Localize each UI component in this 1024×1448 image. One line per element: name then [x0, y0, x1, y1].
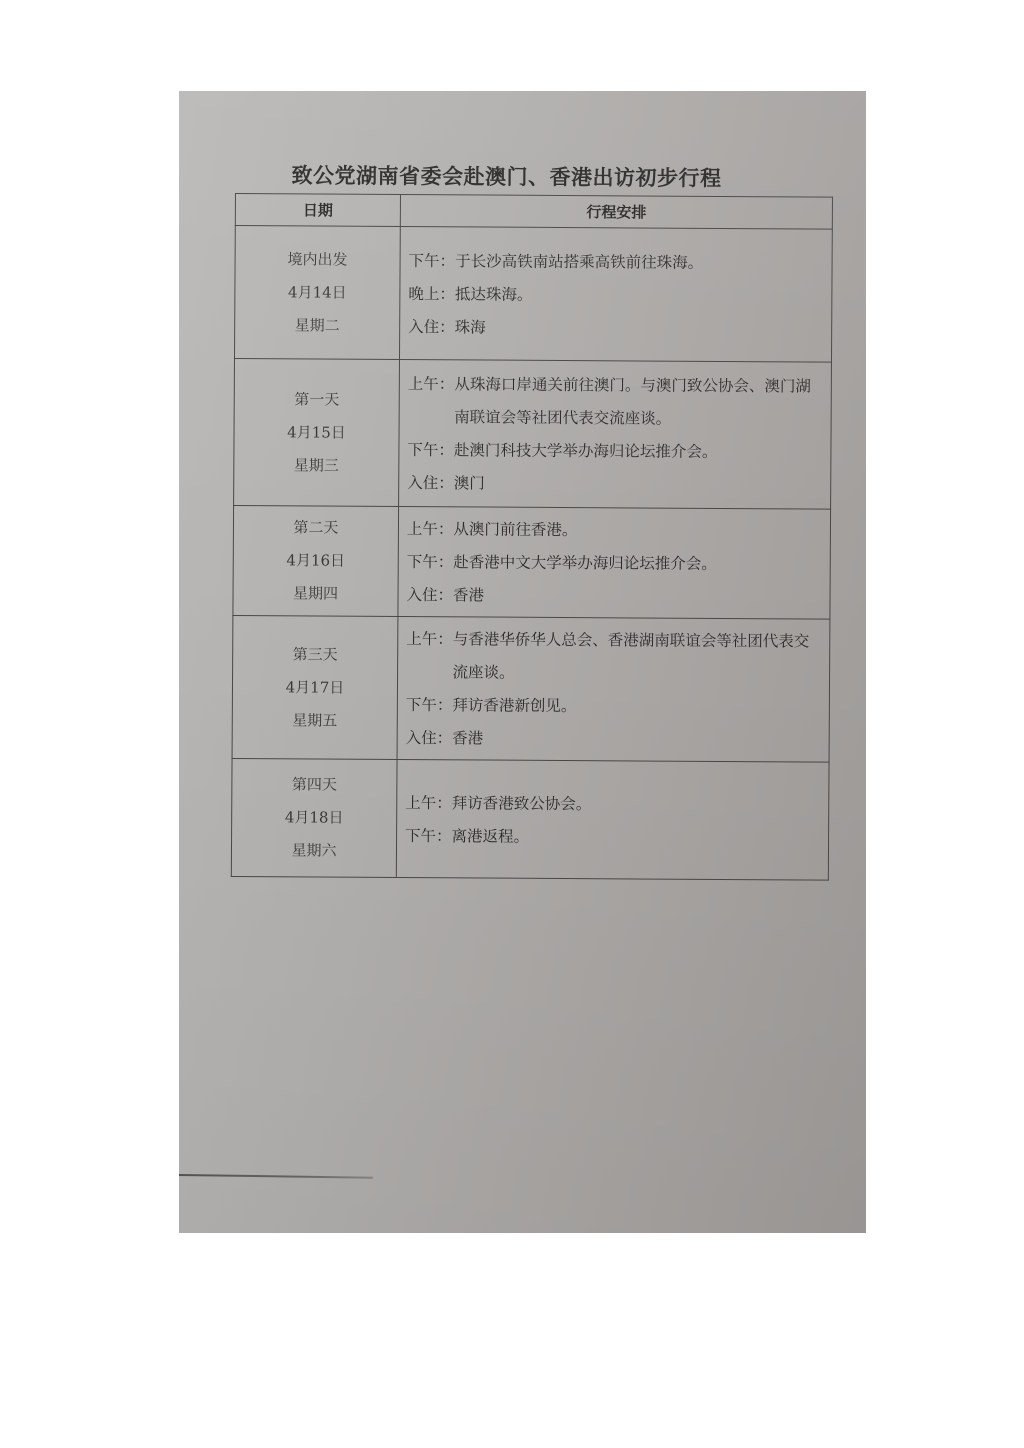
day-label: 第一天 — [235, 383, 399, 417]
plan-item-label: 入住： — [406, 579, 453, 612]
weekday-label: 星期四 — [233, 577, 397, 611]
plan-item-label: 下午： — [407, 546, 454, 579]
plan-item-text: 拜访香港致公协会。 — [452, 787, 823, 822]
plan-item: 上午： 拜访香港致公协会。 — [405, 787, 822, 823]
plan-item-label: 上午： — [407, 513, 454, 546]
plan-cell: 上午： 拜访香港致公协会。 下午： 离港返程。 — [396, 760, 829, 881]
document-title: 致公党湖南省委会赴澳门、香港出访初步行程 — [179, 159, 850, 194]
plan-item-label: 下午： — [408, 245, 455, 278]
plan-item: 下午： 离港返程。 — [405, 820, 822, 856]
date-label: 4月17日 — [233, 670, 397, 704]
table-header-row: 日期 行程安排 — [235, 194, 832, 230]
date-cell: 第二天 4月16日 星期四 — [233, 505, 399, 616]
plan-item-label: 下午： — [406, 689, 453, 722]
plan-item-label: 下午： — [405, 820, 452, 853]
weekday-label: 星期五 — [233, 703, 397, 737]
plan-item-label: 上午： — [405, 787, 452, 820]
plan-item-text: 珠海 — [455, 311, 826, 346]
plan-item-text: 从澳门前往香港。 — [453, 513, 824, 548]
plan-item-text: 与香港华侨华人总会、香港湖南联谊会等社团代表交流座谈。 — [452, 623, 823, 691]
day-label: 第三天 — [233, 637, 397, 671]
weekday-label: 星期六 — [232, 834, 396, 868]
table-row: 第一天 4月15日 星期三 上午： 从珠海口岸通关前往澳门。与澳门致公协会、澳门… — [234, 358, 832, 509]
day-label: 境内出发 — [235, 243, 399, 277]
plan-item: 上午： 与香港华侨华人总会、香港湖南联谊会等社团代表交流座谈。 — [406, 623, 823, 692]
plan-item: 入住： 香港 — [406, 722, 823, 758]
date-label: 4月18日 — [232, 801, 396, 835]
date-cell: 第三天 4月17日 星期五 — [232, 615, 398, 759]
plan-cell: 上午： 与香港华侨华人总会、香港湖南联谊会等社团代表交流座谈。 下午： 拜访香港… — [397, 617, 830, 763]
plan-item-text: 香港 — [453, 579, 824, 614]
plan-cell: 上午： 从澳门前往香港。 下午： 赴香港中文大学举办海归论坛推介会。 入住： 香… — [398, 507, 831, 620]
plan-item-label: 上午： — [406, 623, 453, 689]
plan-item: 入住： 澳门 — [407, 467, 824, 503]
plan-item-text: 于长沙高铁南站搭乘高铁前往珠海。 — [455, 245, 826, 280]
plan-item-text: 从珠海口岸通关前往澳门。与澳门致公协会、澳门湖南联谊会等社团代表交流座谈。 — [454, 368, 825, 436]
date-cell: 第一天 4月15日 星期三 — [234, 358, 400, 506]
date-label: 4月16日 — [234, 544, 398, 578]
plan-item-label: 下午： — [407, 434, 454, 467]
day-label: 第二天 — [234, 511, 398, 545]
plan-item-label: 入住： — [408, 311, 455, 344]
table-row: 境内出发 4月14日 星期二 下午： 于长沙高铁南站搭乘高铁前往珠海。 晚上： … — [234, 226, 832, 363]
weekday-label: 星期二 — [235, 309, 399, 343]
plan-item: 下午： 赴香港中文大学举办海归论坛推介会。 — [407, 546, 824, 582]
plan-item-text: 赴澳门科技大学举办海归论坛推介会。 — [454, 434, 825, 469]
plan-item: 入住： 香港 — [406, 579, 823, 615]
plan-item: 上午： 从澳门前往香港。 — [407, 513, 824, 549]
date-label: 4月15日 — [234, 416, 398, 450]
itinerary-table: 日期 行程安排 境内出发 4月14日 星期二 下午： 于长沙高铁南站搭乘高铁前往… — [231, 193, 833, 881]
plan-item: 晚上： 抵达珠海。 — [408, 278, 825, 314]
date-cell: 第四天 4月18日 星期六 — [231, 758, 397, 877]
plan-cell: 下午： 于长沙高铁南站搭乘高铁前往珠海。 晚上： 抵达珠海。 入住： 珠海 — [399, 227, 832, 363]
weekday-label: 星期三 — [234, 449, 398, 483]
plan-item: 下午： 赴澳门科技大学举办海归论坛推介会。 — [407, 434, 824, 470]
plan-item-text: 抵达珠海。 — [455, 278, 826, 313]
plan-item-label: 上午： — [408, 368, 455, 434]
plan-item: 上午： 从珠海口岸通关前往澳门。与澳门致公协会、澳门湖南联谊会等社团代表交流座谈… — [408, 368, 825, 437]
plan-item-text: 离港返程。 — [451, 820, 822, 855]
plan-item-text: 香港 — [452, 722, 823, 757]
table-row: 第四天 4月18日 星期六 上午： 拜访香港致公协会。 下午： 离港返程。 — [231, 758, 829, 880]
plan-item: 下午： 于长沙高铁南站搭乘高铁前往珠海。 — [408, 245, 825, 281]
header-plan: 行程安排 — [400, 195, 832, 230]
plan-item-label: 入住： — [407, 467, 454, 500]
header-date: 日期 — [235, 194, 400, 227]
plan-item-text: 拜访香港新创见。 — [452, 689, 823, 724]
table-row: 第三天 4月17日 星期五 上午： 与香港华侨华人总会、香港湖南联谊会等社团代表… — [232, 615, 830, 762]
date-label: 4月14日 — [235, 276, 399, 310]
plan-item: 入住： 珠海 — [408, 311, 825, 347]
footnote-divider — [179, 1174, 373, 1178]
day-label: 第四天 — [232, 768, 396, 802]
document-photo: 致公党湖南省委会赴澳门、香港出访初步行程 日期 行程安排 境内出发 4月14日 … — [179, 91, 866, 1233]
plan-item-text: 澳门 — [454, 467, 825, 502]
table-row: 第二天 4月16日 星期四 上午： 从澳门前往香港。 下午： 赴香港中文大学举办… — [233, 505, 831, 619]
plan-item: 下午： 拜访香港新创见。 — [406, 689, 823, 725]
date-cell: 境内出发 4月14日 星期二 — [234, 226, 400, 360]
plan-item-label: 入住： — [406, 722, 453, 755]
plan-cell: 上午： 从珠海口岸通关前往澳门。与澳门致公协会、澳门湖南联谊会等社团代表交流座谈… — [399, 360, 832, 510]
plan-item-label: 晚上： — [408, 278, 455, 311]
plan-item-text: 赴香港中文大学举办海归论坛推介会。 — [453, 546, 824, 581]
